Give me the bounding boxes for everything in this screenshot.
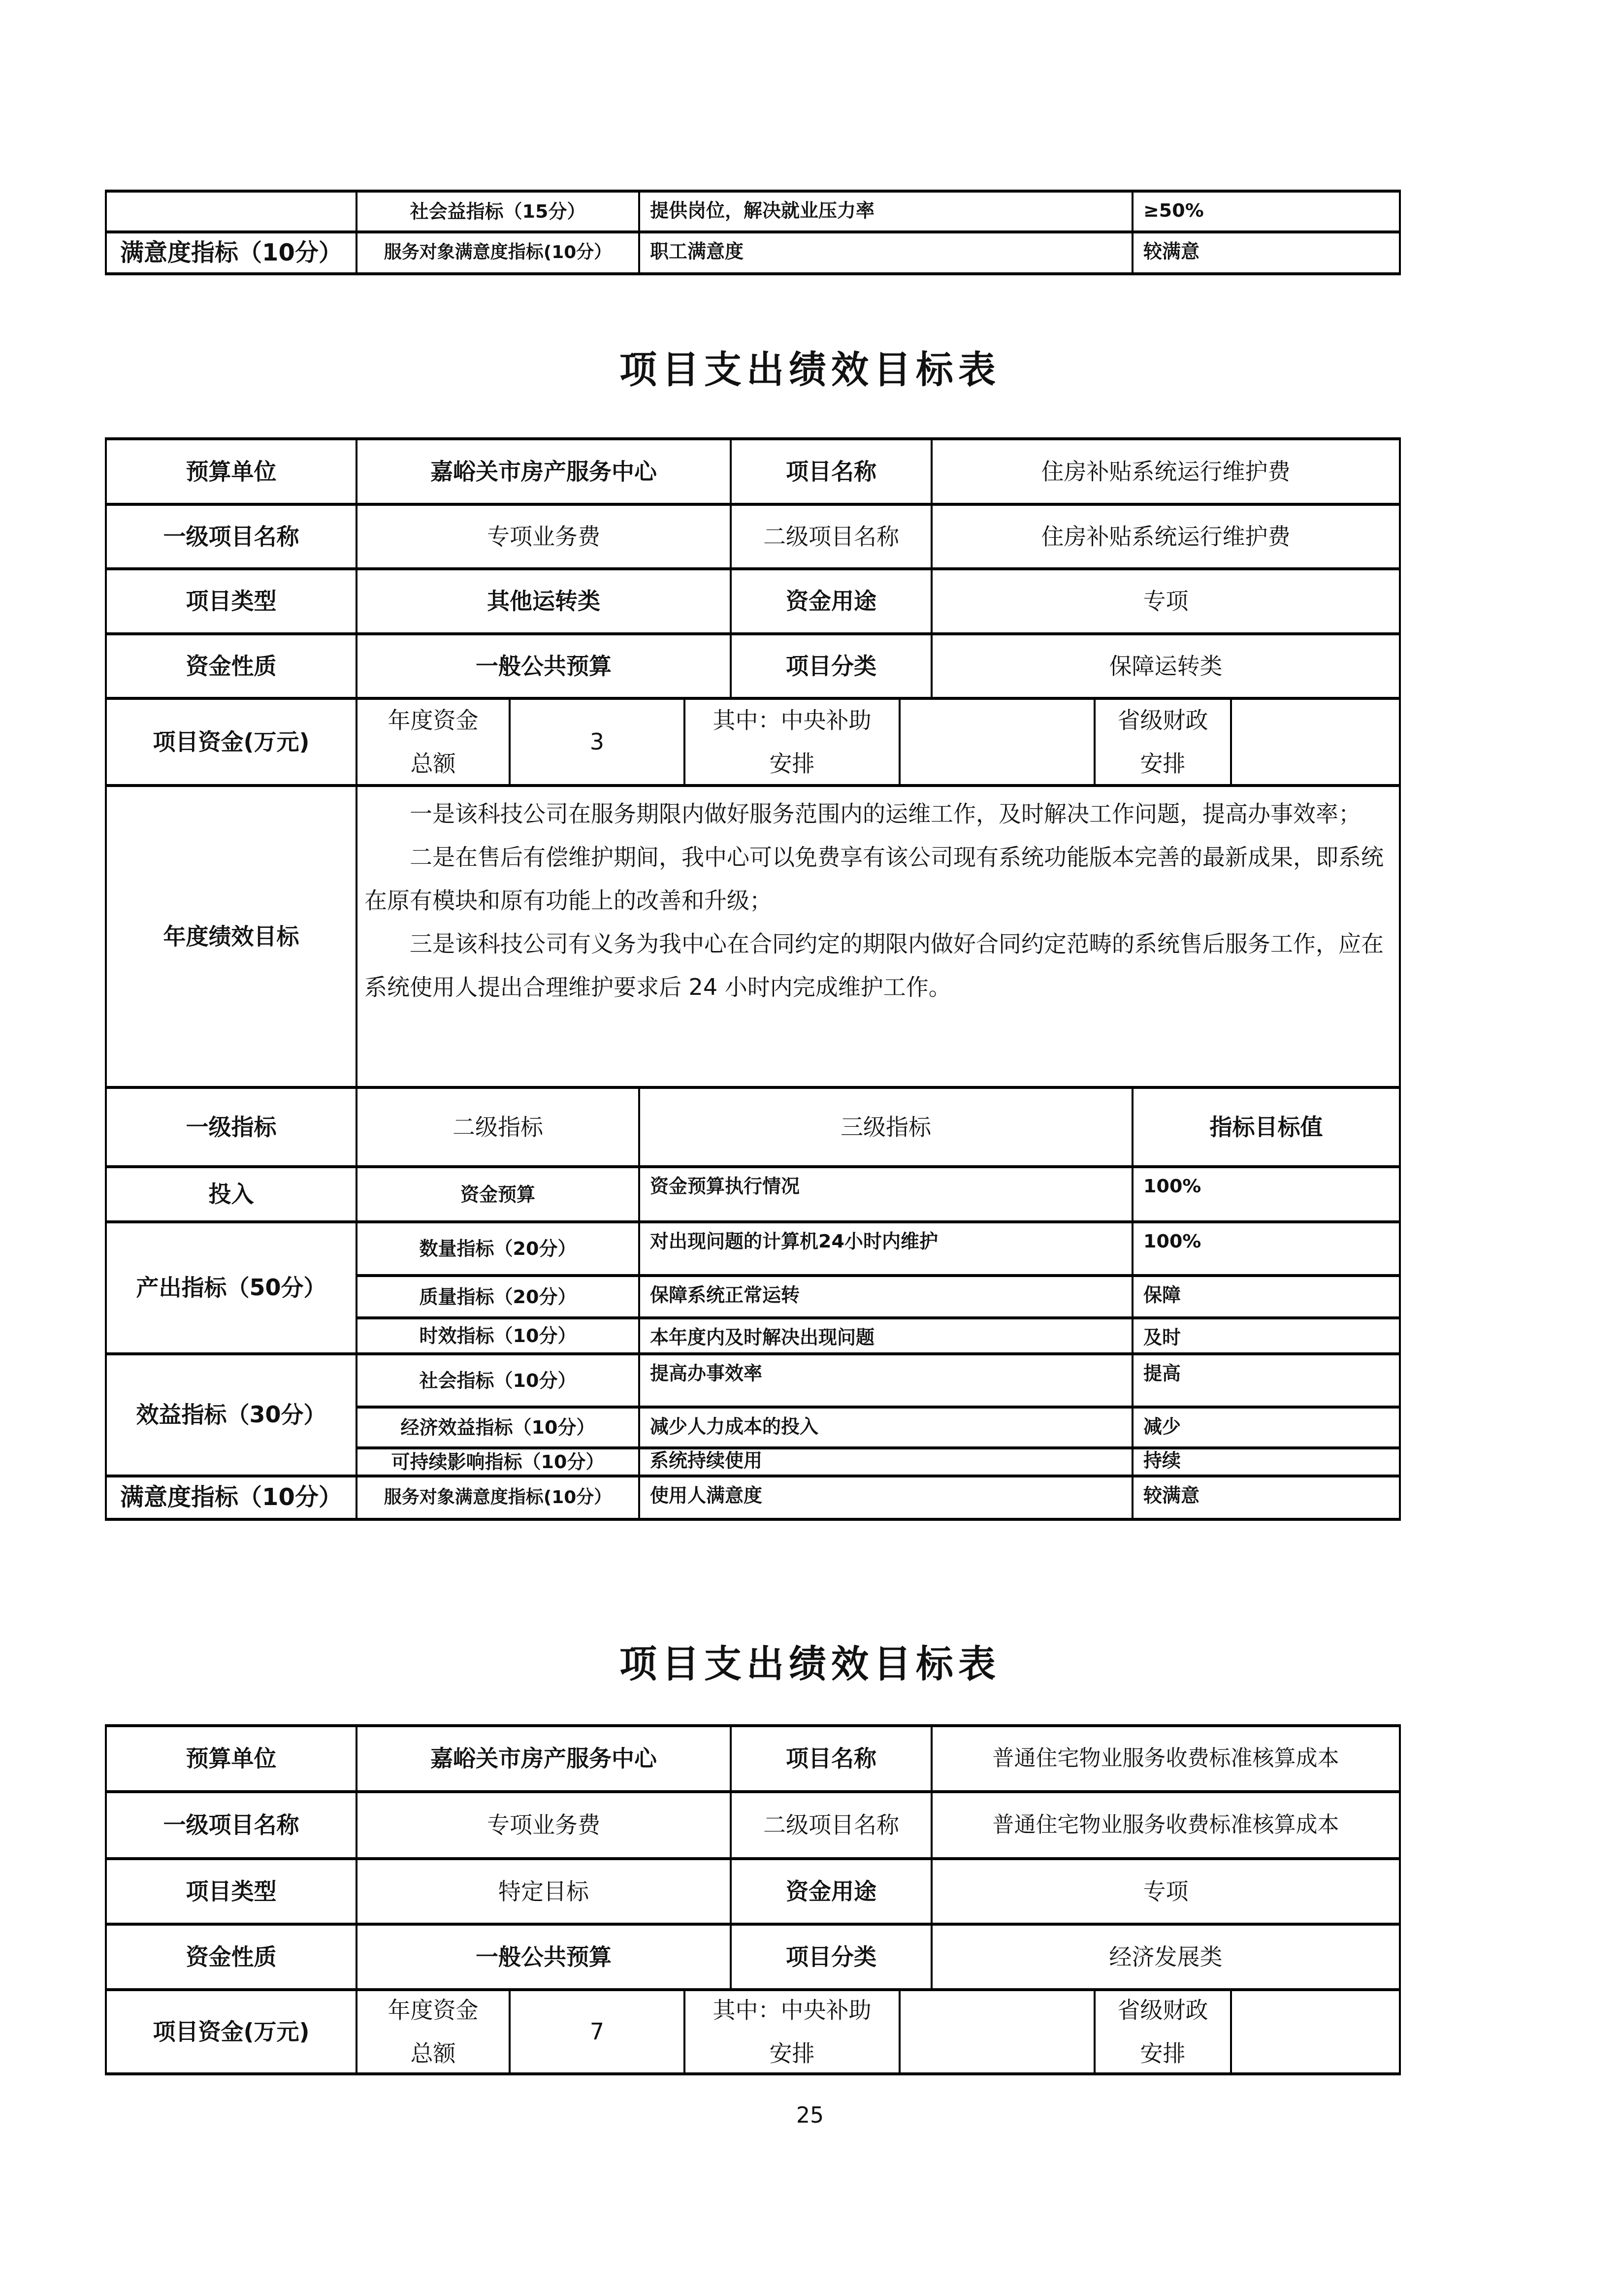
central-subsidy-value <box>901 700 1094 784</box>
level2-cell: 服务对象满意度指标(10分） <box>357 1477 638 1518</box>
page-title: 项目支出绩效目标表 <box>0 340 1620 394</box>
project-name-label: 项目名称 <box>732 1727 931 1790</box>
level2-cell: 可持续影响指标（10分） <box>357 1449 638 1475</box>
table-border <box>1399 437 1401 1521</box>
budget-unit-label: 预算单位 <box>107 440 356 503</box>
provincial-label-line1: 省级财政 <box>1118 699 1208 742</box>
level1-name-label: 一级项目名称 <box>107 1793 356 1857</box>
annual-total-label-line1: 年度资金 <box>388 699 479 742</box>
goal-paragraph-1: 一是该科技公司在服务期限内做好服务范围内的运维工作，及时解决工作问题，提高办事效… <box>364 792 1393 835</box>
project-class-label: 项目分类 <box>732 1926 931 1988</box>
provincial-label-line2: 安排 <box>1140 2032 1186 2075</box>
provincial-label: 省级财政 安排 <box>1096 1991 1230 2072</box>
central-subsidy-label-line2: 安排 <box>770 2032 815 2075</box>
central-subsidy-label: 其中：中央补助 安排 <box>685 700 899 784</box>
annual-total-label: 年度资金 总额 <box>357 1991 509 2072</box>
level1-cell: 满意度指标（10分） <box>107 233 356 272</box>
level3-cell: 保障系统正常运转 <box>640 1277 1132 1316</box>
annual-total-value: 3 <box>511 700 683 784</box>
level2-cell: 服务对象满意度指标(10分） <box>357 233 638 272</box>
annual-total-label: 年度资金 总额 <box>357 700 509 784</box>
table-border <box>1399 190 1401 275</box>
level3-cell: 系统持续使用 <box>640 1449 1132 1475</box>
level1-name-label: 一级项目名称 <box>107 506 356 567</box>
fund-use-label: 资金用途 <box>732 1860 931 1923</box>
page-title-2: 项目支出绩效目标表 <box>0 1634 1620 1688</box>
fund-use-value: 专项 <box>933 1860 1399 1923</box>
level2-cell: 社会益指标（15分） <box>357 193 638 230</box>
project-name-value: 普通住宅物业服务收费标准核算成本 <box>933 1727 1399 1790</box>
goal-paragraph-3: 三是该科技公司有义务为我中心在合同约定的期限内做好合同约定范畴的系统售后服务工作… <box>364 922 1393 1009</box>
provincial-value <box>1232 700 1399 784</box>
central-subsidy-label-line1: 其中：中央补助 <box>713 1989 872 2032</box>
central-subsidy-label: 其中：中央补助 安排 <box>685 1991 899 2072</box>
project-funding-label: 项目资金(万元) <box>107 700 356 784</box>
project-type-value: 其他运转类 <box>357 570 730 632</box>
level2-name-label: 二级项目名称 <box>732 1793 931 1857</box>
target-cell: 减少 <box>1134 1409 1399 1446</box>
header-level3: 三级指标 <box>640 1089 1132 1165</box>
fund-nature-value: 一般公共预算 <box>357 635 730 697</box>
central-subsidy-label-line1: 其中：中央补助 <box>713 699 872 742</box>
level2-name-label: 二级项目名称 <box>732 506 931 567</box>
project-type-label: 项目类型 <box>107 1860 356 1923</box>
level1-output: 产出指标（50分） <box>107 1223 356 1352</box>
project-name-value: 住房补贴系统运行维护费 <box>933 440 1399 503</box>
provincial-label-line2: 安排 <box>1140 742 1186 785</box>
target-cell: 保障 <box>1134 1277 1399 1316</box>
central-subsidy-label-line2: 安排 <box>770 742 815 785</box>
fund-nature-label: 资金性质 <box>107 635 356 697</box>
fund-nature-value: 一般公共预算 <box>357 1926 730 1988</box>
level2-cell: 时效指标（10分） <box>357 1319 638 1352</box>
annual-goal-text: 一是该科技公司在服务期限内做好服务范围内的运维工作，及时解决工作问题，提高办事效… <box>364 792 1393 1009</box>
target-cell: 提高 <box>1134 1355 1399 1406</box>
annual-total-label-line1: 年度资金 <box>388 1989 479 2032</box>
provincial-value <box>1232 1991 1399 2072</box>
level3-cell: 减少人力成本的投入 <box>640 1409 1132 1446</box>
annual-total-label-line2: 总额 <box>411 742 456 785</box>
level1-benefit: 效益指标（30分） <box>107 1355 356 1475</box>
project-name-label: 项目名称 <box>732 440 931 503</box>
level2-cell: 质量指标（20分） <box>357 1277 638 1316</box>
target-cell: 及时 <box>1134 1319 1399 1352</box>
goal-paragraph-2: 二是在售后有偿维护期间，我中心可以免费享有该公司现有系统功能版本完善的最新成果，… <box>364 835 1393 922</box>
project-class-value: 保障运转类 <box>933 635 1399 697</box>
target-cell: 100% <box>1134 1223 1399 1274</box>
project-funding-label: 项目资金(万元) <box>107 1991 356 2072</box>
level3-cell: 提高办事效率 <box>640 1355 1132 1406</box>
annual-goal-label: 年度绩效目标 <box>107 787 356 1086</box>
table-border <box>1399 1724 1401 2075</box>
header-level1: 一级指标 <box>107 1089 356 1165</box>
target-cell: 较满意 <box>1134 1477 1399 1518</box>
level3-cell: 对出现问题的计算机24小时内维护 <box>640 1223 1132 1274</box>
level3-cell: 使用人满意度 <box>640 1477 1132 1518</box>
provincial-label-line1: 省级财政 <box>1118 1989 1208 2032</box>
level3-cell: 资金预算执行情况 <box>640 1168 1132 1220</box>
level3-cell: 职工满意度 <box>640 233 1132 272</box>
level3-cell: 提供岗位，解决就业压力率 <box>640 193 1132 230</box>
provincial-label: 省级财政 安排 <box>1096 700 1230 784</box>
fund-use-value: 专项 <box>933 570 1399 632</box>
project-class-label: 项目分类 <box>732 635 931 697</box>
level2-name-value: 住房补贴系统运行维护费 <box>933 506 1399 567</box>
fund-use-label: 资金用途 <box>732 570 931 632</box>
level2-cell: 经济效益指标（10分） <box>357 1409 638 1446</box>
table-border <box>105 2072 1401 2075</box>
header-target: 指标目标值 <box>1134 1089 1399 1165</box>
project-class-value: 经济发展类 <box>933 1926 1399 1988</box>
fund-nature-label: 资金性质 <box>107 1926 356 1988</box>
level2-cell: 社会指标（10分） <box>357 1355 638 1406</box>
target-cell: 100% <box>1134 1168 1399 1220</box>
project-type-value: 特定目标 <box>357 1860 730 1923</box>
level1-input: 投入 <box>107 1168 356 1220</box>
project-type-label: 项目类型 <box>107 570 356 632</box>
level3-cell: 本年度内及时解决出现问题 <box>640 1319 1132 1352</box>
page-number: 25 <box>0 2103 1620 2128</box>
header-level2: 二级指标 <box>357 1089 638 1165</box>
annual-total-label-line2: 总额 <box>411 2032 456 2075</box>
level1-satisfaction: 满意度指标（10分） <box>107 1477 356 1518</box>
level2-cell: 数量指标（20分） <box>357 1223 638 1274</box>
budget-unit-label: 预算单位 <box>107 1727 356 1790</box>
target-cell: 较满意 <box>1134 233 1399 272</box>
level2-cell: 资金预算 <box>357 1168 638 1220</box>
central-subsidy-value <box>901 1991 1094 2072</box>
budget-unit-value: 嘉峪关市房产服务中心 <box>357 440 730 503</box>
level2-name-value: 普通住宅物业服务收费标准核算成本 <box>933 1793 1399 1857</box>
level1-name-value: 专项业务费 <box>357 1793 730 1857</box>
budget-unit-value: 嘉峪关市房产服务中心 <box>357 1727 730 1790</box>
target-cell: 持续 <box>1134 1449 1399 1475</box>
level1-name-value: 专项业务费 <box>357 506 730 567</box>
annual-total-value: 7 <box>511 1991 683 2072</box>
target-cell: ≥50% <box>1134 193 1399 230</box>
